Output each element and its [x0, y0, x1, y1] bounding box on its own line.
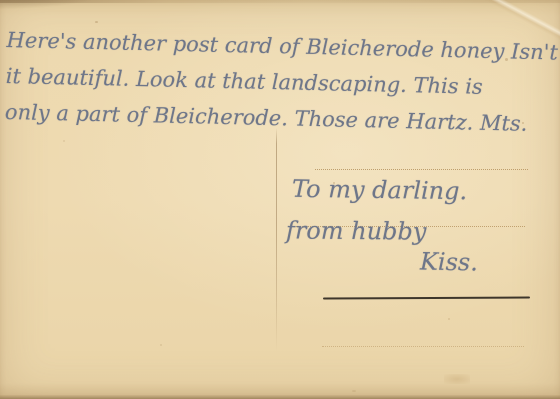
postcard-back: Here's another post card of Bleicherode …: [0, 0, 560, 399]
address-dotted-line-3: [322, 346, 524, 347]
signature-underline: [323, 296, 530, 299]
handwritten-message: Here's another post card of Bleicherode …: [5, 22, 559, 142]
card-bottom-edge: [0, 395, 560, 399]
postcard-divider-line: [276, 128, 277, 352]
paper-speckle: [63, 140, 65, 142]
address-dotted-line-1: [315, 169, 528, 170]
paper-speckle: [160, 344, 162, 346]
note-line-to-my-darling: To my darling.: [292, 175, 467, 205]
worn-corner-top-left: [0, 0, 114, 10]
paper-speckle: [522, 122, 524, 124]
paper-speckle: [448, 318, 450, 320]
paper-speckle: [333, 182, 335, 184]
note-line-from-hubby: from hubby: [286, 216, 427, 245]
paper-blotch: [444, 374, 470, 384]
paper-speckle: [505, 58, 508, 61]
paper-speckle: [95, 21, 98, 23]
note-line-kiss: Kiss.: [420, 247, 478, 276]
paper-speckle: [352, 390, 356, 392]
